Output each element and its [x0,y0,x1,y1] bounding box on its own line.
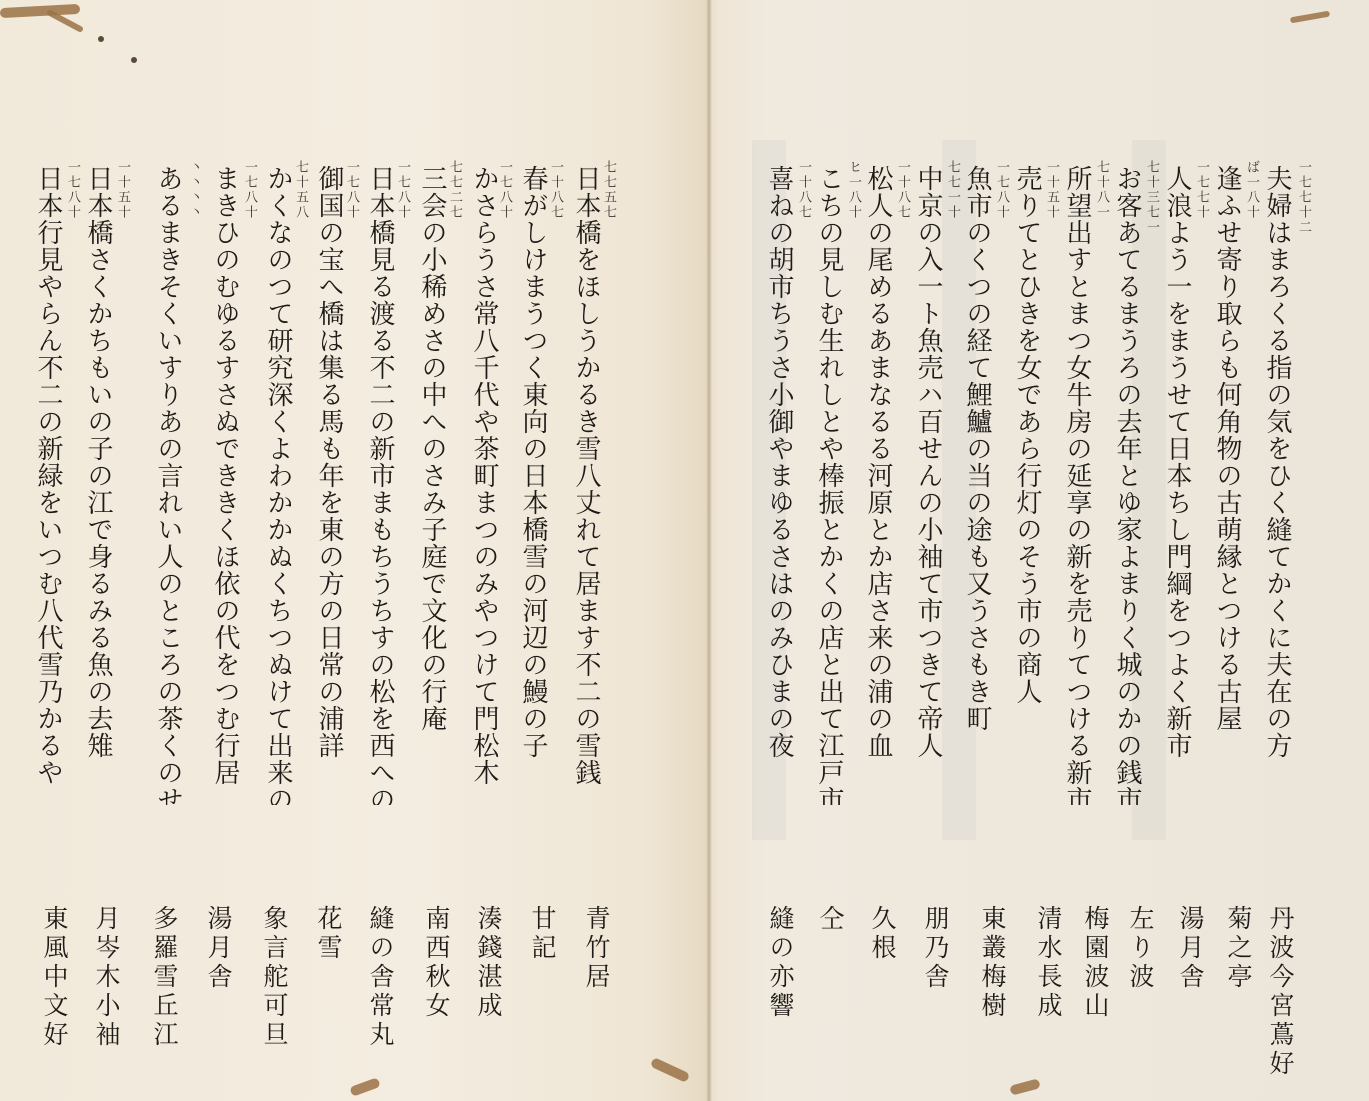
author-name: 東風中文好 [36,905,72,1050]
verse-column: 逢ふせ寄り取らも何角物の古萌縁とつける古屋 [1209,165,1245,805]
verse-column: 御国の宝へ橋は集る馬も年を東の方の日常の浦詳 [311,165,347,805]
verse-column: あるまきそくいすりあの言れい人のところの茶くのせる [150,165,186,805]
verse-column: 人浪よう一をまうせて日本ちし門綱をつよく新市 [1159,165,1195,805]
author-name: 湯月舎 [1172,905,1208,992]
author-name: 久根 [864,905,900,963]
verse-column: 所望出すとまつ女牛房の延享の新を売りてつける新市 [1059,165,1095,805]
author-name: 多羅雪丘江 [146,905,182,1050]
verse-column: こちの見しむ生れしとや棒振とかくの店と出て江戸市 [811,165,847,805]
right-page: 一七七十二 夫婦はまろくる指の気をひく縫てかくに夫在の方 丹波今宮蔦好 ば一八十… [712,0,1369,1101]
author-name: 梅園波山 [1077,905,1113,1021]
score-marks: ば一八十 [1247,160,1261,220]
verse-column: 日本行見やらん不二の新緑をいつむ八代雪乃かるや [30,165,66,805]
verse-column: かくなのつて研究深くよわかかぬくちつぬけて出来の緒 [260,165,296,805]
author-name: 仝 [812,905,848,934]
verse-column: かさらうさ常八千代や茶町まつのみやつけて門松木 [466,165,502,805]
score-marks: 一十五十 [118,160,132,220]
score-marks: 七七二七 [450,160,464,220]
score-marks: 一七八十 [500,160,514,220]
author-name: 菊之亭 [1220,905,1256,992]
author-name: 湯月舎 [200,905,236,992]
score-marks: 一七八十 [997,160,1011,220]
author-name: 縫の舎常丸 [362,905,398,1050]
score-marks: 七七五七 [604,160,618,220]
verse-column: 日本橋見る渡る不二の新市まもちうちすの松を西へのて光 [362,165,398,805]
verse-column: 日本橋をほしうかるき雪八丈れて居ます不二の雪銭 [568,165,604,805]
left-page: 七七五七 日本橋をほしうかるき雪八丈れて居ます不二の雪銭 青竹居 一十八七 春が… [0,0,708,1101]
verse-column: 日本橋さくかちもいの子の江で身るみる魚の去雉 [80,165,116,805]
book-spread: 一七七十二 夫婦はまろくる指の気をひく縫てかくに夫在の方 丹波今宮蔦好 ば一八十… [0,0,1369,1101]
score-marks: 七十八一 [1097,160,1111,220]
author-name: 象言舵可旦 [256,905,292,1050]
author-name: 花雪 [310,905,346,963]
verse-column: 春がしけまうつく東向の日本橋雪の河辺の鰻の子 [515,165,551,805]
score-marks: 一七七十二 [1299,160,1313,235]
verse-column: まきひのむゆるすさぬでききくほ依の代をつむ行居 [207,165,243,805]
author-name: 湊錢湛成 [470,905,506,1021]
score-marks: 一七八十 [398,160,412,220]
score-marks: 一十八七 [551,160,565,220]
score-marks: 一十八七 [799,160,813,220]
verse-column: 松人の尾めるあまなるる河原とか店さ来の浦の血 [860,165,896,805]
author-name: 東叢梅樹 [974,905,1010,1021]
verse-column: 売りてとひきを女であら行灯のそう市の商人 [1009,165,1045,805]
author-name: 清水長成 [1030,905,1066,1021]
author-name: 左り波 [1122,905,1158,992]
author-name: 縫の亦響 [762,905,798,1021]
score-marks: 七十五八 [296,160,310,220]
score-marks: 一七七十 [1197,160,1211,220]
score-marks: 七七一十 [948,160,962,220]
score-marks: 一十五十 [1047,160,1061,220]
score-marks: 一十八七 [898,160,912,220]
verse-column: 夫婦はまろくる指の気をひく縫てかくに夫在の方 [1259,165,1295,805]
author-name: 丹波今宮蔦好 [1262,905,1298,1079]
author-name: 朋乃舎 [917,905,953,992]
verse-column: 喜ねの胡市ちうさ小御やまゆるさはのみひまの夜 [761,165,797,805]
verse-column: お客あてるまうろの去年とゆ家よまりく城のかの銭市 [1109,165,1145,805]
score-marks: ヒ一八十 [849,160,863,220]
score-marks: 一七八十 [68,160,82,220]
verse-column: 三会の小稀めさの中へのさみ子庭で文化の行庵 [414,165,450,805]
author-name: 南西秋女 [418,905,454,1021]
verse-column: 魚市のくつの経て鯉鱸の当の途も又うさもき町 [959,165,995,805]
verse-column: 中京の入一ト魚売ハ百せんの小袖て市つきて帝人 [910,165,946,805]
author-name: 甘記 [524,905,560,963]
score-marks: 一七八十 [347,160,361,220]
score-marks: 七十三七一 [1147,160,1161,235]
score-marks: 丶丶丶丶 [190,160,204,220]
author-name: 青竹居 [578,905,614,992]
author-name: 月岑木小袖 [88,905,124,1050]
score-marks: 一七八十 [245,160,259,220]
